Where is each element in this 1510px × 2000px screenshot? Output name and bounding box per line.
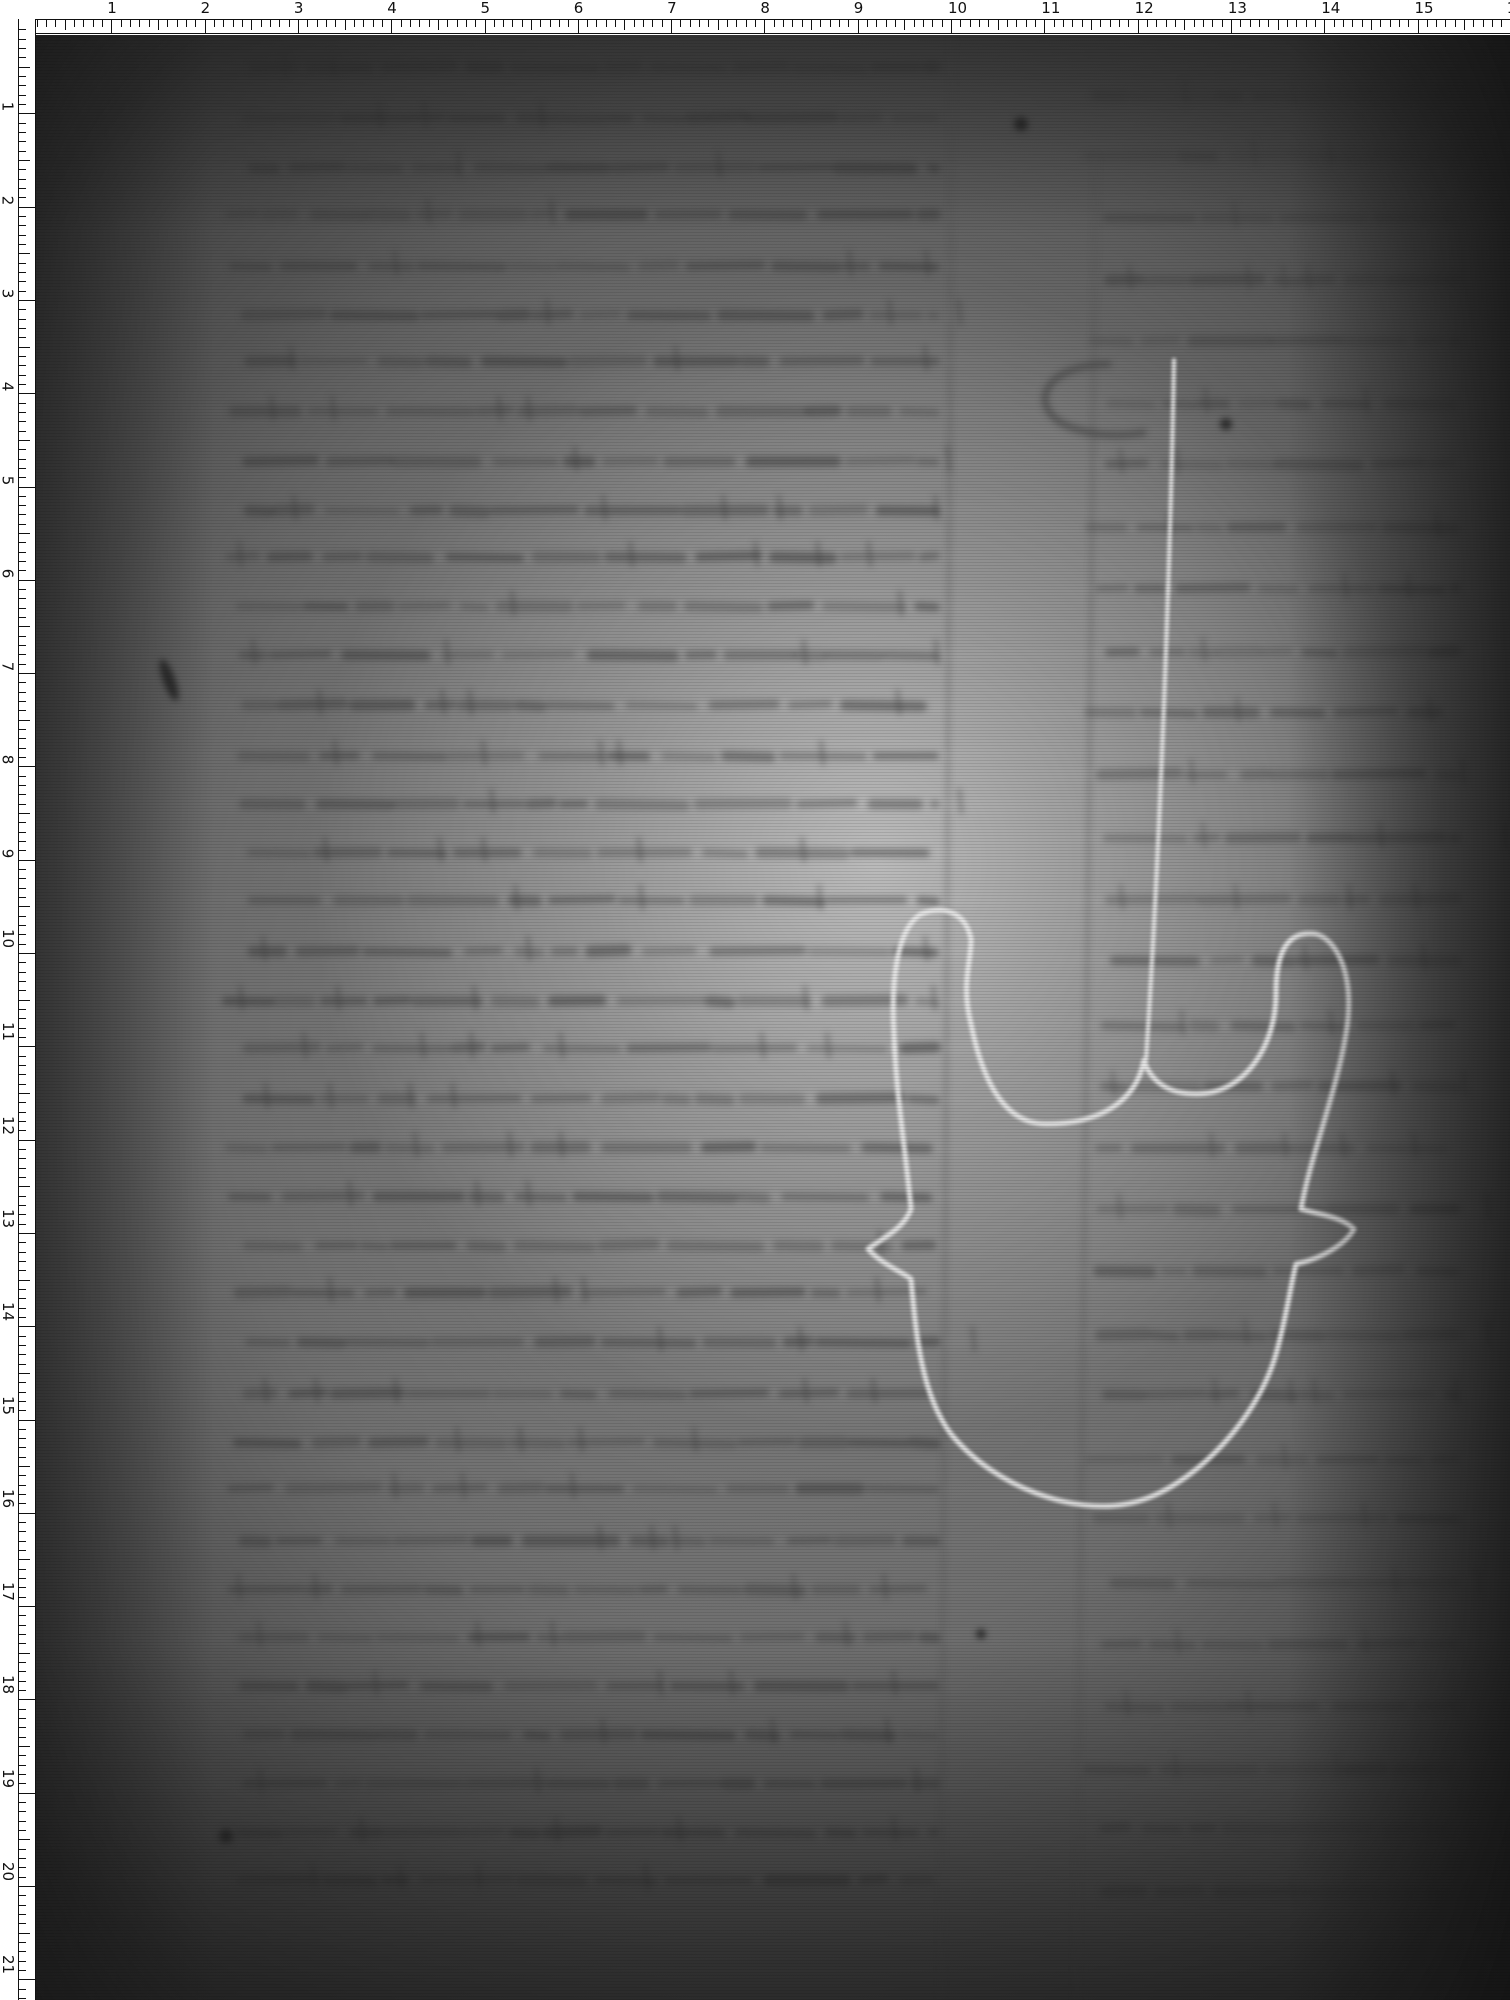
- ruler-tick: [19, 1513, 36, 1514]
- ruler-tick: [19, 1392, 26, 1393]
- ruler-tick: [19, 1811, 26, 1812]
- ruler-tick: [19, 514, 26, 515]
- ruler-tick: [19, 636, 26, 637]
- ruler-label-h: 5: [481, 1, 491, 16]
- ruler-tick: [1473, 20, 1474, 27]
- ruler-tick: [19, 1830, 26, 1831]
- ruler-tick: [19, 1541, 26, 1542]
- ruler-tick: [19, 244, 26, 245]
- ruler-tick: [19, 1737, 26, 1738]
- ruler-tick: [19, 981, 26, 982]
- ruler-tick: [19, 459, 26, 460]
- ruler-label-v: 11: [0, 1022, 15, 1041]
- ruler-tick: [391, 20, 392, 34]
- ruler-tick: [1072, 20, 1073, 27]
- ruler-label-h: 9: [854, 1, 864, 16]
- ruler-tick: [1063, 20, 1064, 27]
- ruler-tick: [19, 141, 26, 142]
- ruler-label-v: 15: [0, 1395, 15, 1414]
- ruler-tick: [111, 20, 112, 34]
- ruler-tick: [1194, 20, 1195, 27]
- ruler-label-h: 2: [201, 1, 211, 16]
- ruler-tick: [149, 20, 150, 27]
- ruler-tick: [19, 113, 36, 114]
- ruler-tick: [158, 20, 159, 30]
- ruler-tick: [485, 20, 486, 34]
- ruler-tick: [19, 673, 36, 674]
- ruler-tick: [19, 533, 30, 534]
- ruler-tick: [19, 1149, 26, 1150]
- ruler-tick: [19, 832, 26, 833]
- ruler-tick: [195, 20, 196, 27]
- ruler-tick: [19, 1923, 26, 1924]
- ruler-tick: [1054, 20, 1055, 27]
- ruler-tick: [512, 20, 513, 27]
- ruler-tick: [19, 1224, 26, 1225]
- ruler-tick: [1212, 20, 1213, 27]
- ruler-tick: [19, 505, 26, 506]
- ruler-tick: [19, 524, 26, 525]
- ruler-tick: [643, 20, 644, 27]
- ruler-tick: [19, 76, 26, 77]
- ruler-tick: [19, 962, 26, 963]
- ruler-label-v: 9: [0, 848, 14, 858]
- ruler-tick: [1427, 20, 1428, 27]
- ruler-tick: [19, 1979, 36, 1980]
- ruler-tick: [19, 1177, 26, 1178]
- ruler-tick: [19, 897, 26, 898]
- ruler-tick: [19, 729, 26, 730]
- ruler-tick: [708, 20, 709, 27]
- ruler-tick: [1156, 20, 1157, 27]
- ruler-tick: [1343, 20, 1344, 27]
- ruler-tick: [19, 253, 30, 254]
- ruler-tick: [93, 20, 94, 27]
- ruler-tick: [19, 1121, 26, 1122]
- ruler-tick: [19, 1961, 26, 1962]
- ruler-tick: [19, 860, 36, 861]
- ruler-tick: [1110, 20, 1111, 27]
- ruler-tick: [298, 20, 299, 34]
- ruler-tick: [19, 1597, 26, 1598]
- ruler-tick: [19, 626, 30, 627]
- ruler-tick: [19, 1233, 36, 1234]
- ruler-tick: [19, 934, 26, 935]
- ruler-tick: [867, 20, 868, 27]
- ruler-tick: [1445, 20, 1446, 27]
- ruler-tick: [279, 20, 280, 27]
- ruler-tick: [1175, 20, 1176, 27]
- ruler-tick: [914, 20, 915, 27]
- horizontal-ruler: 01234567891011121314151: [0, 0, 1510, 35]
- ruler-tick: [1334, 20, 1335, 27]
- ruler-tick: [19, 664, 26, 665]
- ruler-tick: [19, 1326, 36, 1327]
- ruler-tick: [1408, 20, 1409, 27]
- ruler-tick: [559, 20, 560, 27]
- ruler-tick: [19, 570, 26, 571]
- ruler-tick: [19, 748, 26, 749]
- ruler-tick: [19, 85, 26, 86]
- ruler-tick: [904, 20, 905, 30]
- ruler-tick: [19, 1401, 26, 1402]
- ruler-tick: [783, 20, 784, 27]
- ruler-tick: [373, 20, 374, 27]
- ruler-tick: [19, 813, 30, 814]
- ruler-tick: [214, 20, 215, 27]
- ruler-tick: [177, 20, 178, 27]
- ruler-tick: [19, 1802, 26, 1803]
- ruler-label-v: 12: [0, 1116, 15, 1135]
- ruler-tick: [19, 1858, 26, 1859]
- ruler-tick: [19, 1056, 26, 1057]
- ruler-tick: [19, 925, 26, 926]
- ruler-tick: [37, 20, 38, 27]
- ruler-tick: [746, 20, 747, 27]
- ruler-tick: [19, 1270, 26, 1271]
- ruler-tick: [970, 20, 971, 27]
- ruler-tick: [19, 916, 26, 917]
- ruler-label-v: 20: [0, 1862, 15, 1881]
- ruler-tick: [19, 1018, 26, 1019]
- ruler-tick: [429, 20, 430, 27]
- ruler-tick: [19, 1466, 30, 1467]
- ruler-tick: [354, 20, 355, 27]
- ruler-tick: [19, 561, 26, 562]
- ruler-tick: [19, 1970, 26, 1971]
- ruler-tick: [19, 477, 26, 478]
- ruler-tick: [19, 1214, 26, 1215]
- ruler-tick: [596, 20, 597, 27]
- ruler-tick: [19, 197, 26, 198]
- ruler-label-h: 4: [387, 1, 397, 16]
- ruler-tick: [19, 953, 36, 954]
- ruler-tick: [1044, 20, 1045, 34]
- ruler-tick: [19, 1662, 26, 1663]
- ruler-tick: [1483, 20, 1484, 27]
- ruler-tick: [19, 300, 36, 301]
- ruler-tick: [19, 738, 26, 739]
- ruler-tick: [19, 188, 26, 189]
- ruler-tick: [130, 20, 131, 27]
- ruler-tick: [979, 20, 980, 27]
- ruler-tick: [1222, 20, 1223, 27]
- ruler-tick: [1306, 20, 1307, 27]
- ruler-tick: [19, 365, 26, 366]
- ruler-tick: [1324, 20, 1325, 34]
- ruler-tick: [251, 20, 252, 30]
- ruler-tick: [19, 1522, 26, 1523]
- ruler-tick: [19, 972, 26, 973]
- ruler-label-v: 8: [0, 755, 14, 765]
- ruler-label-h: 3: [294, 1, 304, 16]
- ruler-tick: [19, 216, 26, 217]
- ruler-tick: [19, 1252, 26, 1253]
- ruler-tick: [876, 20, 877, 27]
- ruler-tick: [19, 1587, 26, 1588]
- ruler-tick: [19, 1196, 26, 1197]
- ruler-tick: [19, 1410, 26, 1411]
- ruler-tick: [998, 20, 999, 30]
- ruler-tick: [1240, 20, 1241, 27]
- ruler-tick: [19, 850, 26, 851]
- ruler-tick: [19, 421, 26, 422]
- ruler-tick: [19, 542, 26, 543]
- ruler-tick: [1184, 20, 1185, 30]
- ruler-tick: [1007, 20, 1008, 27]
- ruler-tick: [1296, 20, 1297, 27]
- ruler-tick: [19, 39, 26, 40]
- ruler-tick: [522, 20, 523, 27]
- ruler-tick: [307, 20, 308, 27]
- ruler-tick: [19, 179, 26, 180]
- ruler-tick: [19, 1821, 26, 1822]
- ruler-label-h: 14: [1321, 1, 1340, 16]
- ruler-tick: [19, 1475, 26, 1476]
- ruler-tick: [19, 1681, 26, 1682]
- ruler-tick: [83, 20, 84, 27]
- ruler-tick: [19, 431, 26, 432]
- ruler-tick: [802, 20, 803, 27]
- ruler-tick: [811, 20, 812, 30]
- ruler-tick: [19, 1364, 26, 1365]
- ruler-tick: [820, 20, 821, 27]
- ruler-label-v: 21: [0, 1955, 15, 1974]
- ruler-tick: [19, 440, 30, 441]
- ruler-tick: [19, 1242, 26, 1243]
- ruler-tick: [19, 1643, 26, 1644]
- ruler-tick: [839, 20, 840, 27]
- ruler-tick: [19, 682, 26, 683]
- ruler-tick: [363, 20, 364, 27]
- ruler-tick: [19, 1261, 26, 1262]
- ruler-tick: [886, 20, 887, 27]
- ruler-tick: [960, 20, 961, 27]
- ruler-tick: [102, 20, 103, 27]
- ruler-tick: [531, 20, 532, 30]
- ruler-label-v: 18: [0, 1675, 15, 1694]
- ruler-tick: [19, 1429, 26, 1430]
- ruler-tick: [289, 20, 290, 27]
- ruler-tick: [19, 1494, 26, 1495]
- ruler-tick: [19, 1989, 26, 1990]
- ruler-tick: [19, 1998, 26, 1999]
- ruler-tick: [1418, 20, 1419, 34]
- ruler-tick: [1016, 20, 1017, 27]
- ruler-tick: [19, 692, 26, 693]
- ruler-tick: [466, 20, 467, 27]
- ruler-tick: [19, 776, 26, 777]
- ruler-tick: [494, 20, 495, 27]
- ruler-tick: [19, 1140, 36, 1141]
- ruler-tick: [1082, 20, 1083, 27]
- ruler-tick: [19, 1914, 26, 1915]
- ruler-tick: [19, 347, 30, 348]
- ruler-tick: [55, 20, 56, 27]
- ruler-tick: [457, 20, 458, 27]
- ruler-tick: [1390, 20, 1391, 27]
- ruler-tick: [19, 337, 26, 338]
- ruler-tick: [19, 1438, 26, 1439]
- ruler-tick: [568, 20, 569, 27]
- ruler-tick: [19, 1420, 36, 1421]
- ruler-label-v: 19: [0, 1769, 15, 1788]
- ruler-label-v: 1: [0, 102, 14, 112]
- ruler-tick: [540, 20, 541, 27]
- ruler-tick: [19, 580, 36, 581]
- ruler-tick: [19, 207, 36, 208]
- ruler-tick: [1268, 20, 1269, 27]
- ruler-tick: [848, 20, 849, 27]
- ruler-tick: [19, 1289, 26, 1290]
- ruler-tick: [19, 598, 26, 599]
- ruler-tick: [19, 701, 26, 702]
- ruler-tick: [1119, 20, 1120, 27]
- ruler-tick: [410, 20, 411, 27]
- ruler-tick: [19, 1130, 26, 1131]
- ruler-tick: [19, 552, 26, 553]
- ruler-tick: [382, 20, 383, 27]
- ruler-tick: [942, 20, 943, 27]
- ruler-tick: [764, 20, 765, 34]
- ruler-tick: [19, 1102, 26, 1103]
- ruler-tick: [19, 990, 26, 991]
- ruler-tick: [19, 757, 26, 758]
- ruler-tick: [19, 1727, 26, 1728]
- ruler-tick: [19, 1671, 26, 1672]
- ruler-tick: [19, 272, 26, 273]
- ruler-tick: [401, 20, 402, 27]
- ruler-tick: [19, 589, 26, 590]
- ruler-tick: [1464, 20, 1465, 30]
- ruler-tick: [19, 766, 36, 767]
- ruler-tick: [1399, 20, 1400, 27]
- ruler-tick: [19, 496, 26, 497]
- ruler-tick: [19, 1951, 26, 1952]
- ruler-tick: [634, 20, 635, 27]
- ruler-tick: [1455, 20, 1456, 27]
- ruler-tick: [19, 1112, 26, 1113]
- ruler-label-v: 16: [0, 1489, 15, 1508]
- ruler-tick: [19, 48, 26, 49]
- ruler-tick: [19, 1699, 36, 1700]
- ruler-tick: [345, 20, 346, 30]
- ruler-tick: [774, 20, 775, 27]
- ruler-label-v: 14: [0, 1302, 15, 1321]
- ruler-tick: [19, 1765, 26, 1766]
- ruler-tick: [19, 1503, 26, 1504]
- ruler-tick: [19, 67, 30, 68]
- ruler-label-h: 10: [948, 1, 967, 16]
- ruler-tick: [19, 384, 26, 385]
- ruler-tick: [19, 654, 26, 655]
- ruler-tick: [1278, 20, 1279, 30]
- ruler-label-v: 2: [0, 195, 14, 205]
- ruler-tick: [1287, 20, 1288, 27]
- ruler-tick: [19, 785, 26, 786]
- ruler-tick: [19, 151, 26, 152]
- ruler-tick: [19, 1783, 26, 1784]
- ruler-label-h: 15: [1415, 1, 1434, 16]
- ruler-tick: [19, 1186, 30, 1187]
- ruler-tick: [690, 20, 691, 27]
- ruler-tick: [19, 1550, 26, 1551]
- ruler-tick: [317, 20, 318, 27]
- ruler-tick: [326, 20, 327, 27]
- ruler-tick: [792, 20, 793, 27]
- ruler-label-h: 1: [107, 1, 117, 16]
- ruler-tick: [19, 1382, 26, 1383]
- ruler-tick: [19, 1849, 26, 1850]
- ruler-tick: [19, 1886, 36, 1887]
- ruler-tick: [438, 20, 439, 30]
- ruler-tick: [46, 20, 47, 27]
- ruler-tick: [19, 169, 26, 170]
- ruler-tick: [932, 20, 933, 27]
- ruler-tick: [19, 104, 26, 105]
- ruler-tick: [19, 1653, 30, 1654]
- ruler-tick: [19, 160, 30, 161]
- ruler-label-h: 12: [1135, 1, 1154, 16]
- ruler-tick: [167, 20, 168, 27]
- ruler-tick: [1436, 20, 1437, 27]
- ruler-tick: [19, 1447, 26, 1448]
- ruler-tick: [19, 1839, 30, 1840]
- ruler-tick: [19, 720, 30, 721]
- ruler-tick: [19, 906, 30, 907]
- ruler-tick: [503, 20, 504, 27]
- ruler-label-v: 17: [0, 1582, 15, 1601]
- ruler-tick: [1371, 20, 1372, 30]
- ruler-tick: [1147, 20, 1148, 27]
- ruler-tick: [19, 1615, 26, 1616]
- ruler-tick: [699, 20, 700, 27]
- ruler-label-v: 4: [0, 382, 14, 392]
- ruler-tick: [736, 20, 737, 27]
- ruler-tick: [19, 1280, 30, 1281]
- ruler-tick: [19, 1084, 26, 1085]
- ruler-tick: [19, 1933, 30, 1934]
- ruler-tick: [139, 20, 140, 27]
- ruler-tick: [19, 328, 26, 329]
- ruler-tick: [19, 1373, 30, 1374]
- ruler-tick: [19, 1709, 26, 1710]
- ruler-tick: [19, 869, 26, 870]
- ruler-tick: [19, 1065, 26, 1066]
- ruler-tick: [19, 1037, 26, 1038]
- ruler-label-v: 3: [0, 289, 14, 299]
- ruler-tick: [19, 281, 26, 282]
- ruler-tick: [19, 1485, 26, 1486]
- ruler-tick: [65, 20, 66, 30]
- ruler-tick: [19, 841, 26, 842]
- ruler-tick: [19, 710, 26, 711]
- ruler-tick: [19, 235, 26, 236]
- ruler-tick: [1259, 20, 1260, 27]
- ruler-tick: [1203, 20, 1204, 27]
- ruler-tick: [19, 1746, 30, 1747]
- ruler-tick: [1250, 20, 1251, 27]
- ruler-tick: [19, 944, 26, 945]
- ruler-tick: [19, 1942, 26, 1943]
- ruler-tick: [19, 1867, 26, 1868]
- ruler-tick: [830, 20, 831, 27]
- ruler-tick: [1501, 20, 1502, 27]
- ruler-tick: [19, 1457, 26, 1458]
- ruler-tick: [19, 1308, 26, 1309]
- ruler-tick: [19, 1606, 36, 1607]
- ruler-tick: [19, 468, 26, 469]
